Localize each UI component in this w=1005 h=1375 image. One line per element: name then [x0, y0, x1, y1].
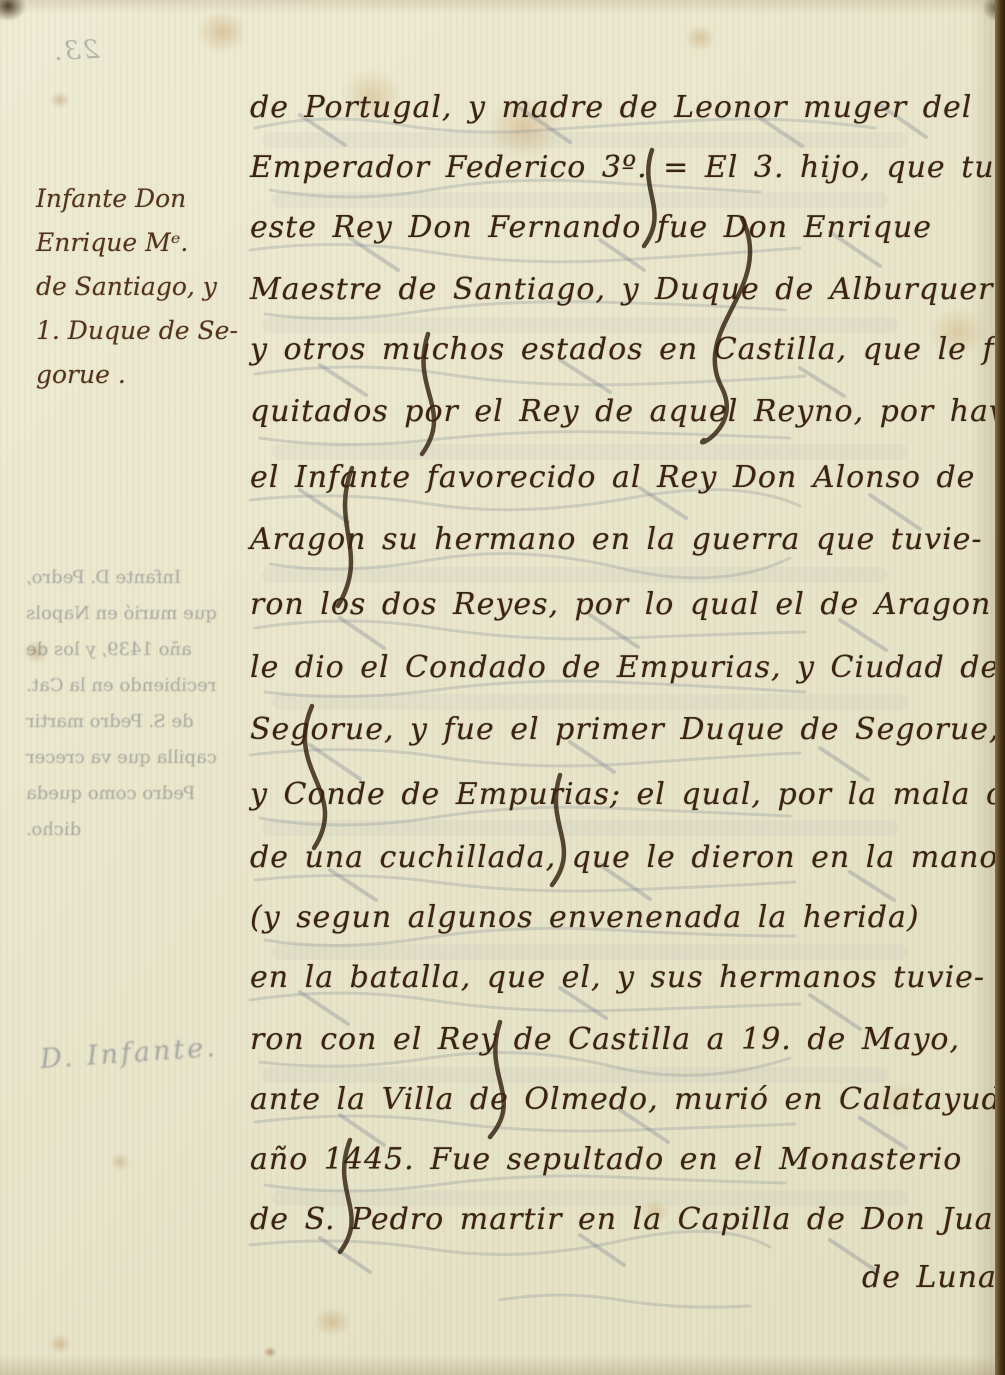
bleedthrough-line: recibiendo en la Cat.: [26, 668, 241, 704]
margin-note-line: 1. Duque de Se-: [36, 315, 246, 347]
bleedthrough-pencil-note: D. Infante.: [39, 1032, 219, 1075]
manuscript-line: ron los dos Reyes, por lo qual el de Ara…: [250, 585, 950, 625]
manuscript-line: (y segun algunos envenenada la herida): [250, 898, 950, 938]
manuscript-line: y Conde de Empurias; el qual, por la mal…: [250, 775, 950, 815]
bleedthrough-page-number: 23.: [51, 35, 100, 67]
bleedthrough-line: de S. Pedro martir: [26, 704, 241, 740]
manuscript-line: de S. Pedro martir en la Capilla de Don …: [250, 1200, 950, 1240]
bleedthrough-line: dicho.: [26, 812, 241, 848]
manuscript-line: quitados por el Rey de aquel Reyno, por …: [250, 392, 950, 432]
manuscript-line: Emperador Federico 3º. = El 3. hijo, que…: [250, 148, 950, 188]
manuscript-line: ron con el Rey de Castilla a 19. de Mayo…: [250, 1020, 950, 1060]
bleedthrough-line: que murió en Napols: [26, 596, 241, 632]
margin-note-line: Enrique Mᵉ.: [36, 227, 246, 259]
manuscript-line: le dio el Condado de Empurias, y Ciudad …: [250, 648, 950, 688]
manuscript-line: este Rey Don Fernando fue Don Enrique: [250, 208, 950, 248]
bleedthrough-line: Pedro como queda: [26, 776, 241, 812]
manuscript-line: año 1445. Fue sepultado en el Monasterio: [250, 1140, 950, 1180]
manuscript-closing-line: de Luna: [862, 1258, 1002, 1298]
manuscript-line: de una cuchillada, que le dieron en la m…: [250, 838, 950, 878]
manuscript-line: y otros muchos estados en Castilla, que …: [250, 330, 950, 370]
margin-note-line: de Santiago, y: [36, 271, 246, 303]
manuscript-page: 23. Infante Don Enrique Mᵉ. de Santiago,…: [0, 0, 1005, 1375]
manuscript-line: Maestre de Santiago, y Duque de Alburque…: [250, 270, 950, 310]
manuscript-line: de Portugal, y madre de Leonor muger del: [250, 88, 950, 128]
bleedthrough-line: capilla que va crecer: [26, 740, 241, 776]
page-edge: [995, 0, 1005, 1375]
margin-note-line: gorue .: [36, 359, 246, 391]
manuscript-line: Aragon su hermano en la guerra que tuvie…: [250, 520, 950, 560]
manuscript-line: en la batalla, que el, y sus hermanos tu…: [250, 958, 950, 998]
bleedthrough-line: Infante D. Pedro,: [26, 560, 241, 596]
bleedthrough-margin-note: Infante D. Pedro, que murió en Napols añ…: [26, 560, 241, 848]
manuscript-line: el Infante favorecido al Rey Don Alonso …: [250, 458, 950, 498]
bleedthrough-line: año 1439, y los de: [26, 632, 241, 668]
manuscript-line: Segorue, y fue el primer Duque de Segoru…: [250, 710, 950, 750]
margin-note-line: Infante Don: [36, 183, 246, 215]
manuscript-line: ante la Villa de Olmedo, murió en Calata…: [250, 1080, 950, 1120]
